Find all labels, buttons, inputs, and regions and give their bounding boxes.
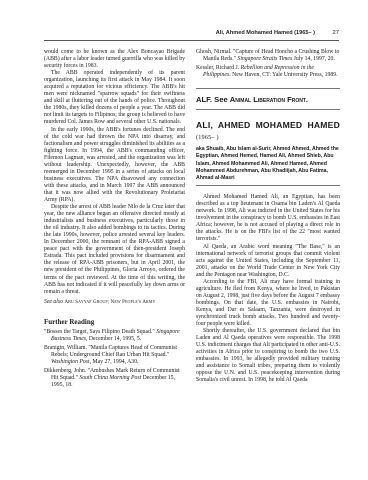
paragraph: In the early 1990s, the ABB's fortunes d… xyxy=(44,127,185,205)
reference-item: Kessler, Richard J. Rebellion and Repres… xyxy=(196,65,340,79)
see-also-label: See also xyxy=(44,299,63,305)
ref-text: . New Haven, CT: Yale University Press, … xyxy=(229,72,337,78)
page-number: 27 xyxy=(333,30,339,36)
reference-item: Dikkenberg, John. "Ambushes Mark Return … xyxy=(44,368,185,389)
cross-reference-entry: ALF. See Animal Liberation Front. xyxy=(196,89,340,109)
see-also: See also Abu Sayyaf Group; New People's … xyxy=(44,299,185,306)
paragraph: would come to be known as the Alex Bonca… xyxy=(44,49,185,70)
ref-text: July 14, 1997, 20. xyxy=(292,56,335,62)
running-head: Ali, Ahmed Mohamed Hamed (1965– ) 27 xyxy=(44,28,339,41)
divider xyxy=(196,109,340,110)
paragraph: Shortly thereafter, the U.S. government … xyxy=(196,328,340,384)
ref-text: Kessler, Richard J. xyxy=(196,65,241,71)
paragraph: Ahmed Mohamed Hamed Ali, an Egyptian, ha… xyxy=(196,194,340,243)
left-column: would come to be known as the Alex Bonca… xyxy=(44,49,185,389)
see-also-link-abu-sayyaf[interactable]: Abu Sayyaf Group xyxy=(64,300,107,305)
ref-source: South China Morning Post xyxy=(79,375,141,381)
ref-source: Singapore Straits Times xyxy=(237,56,292,62)
ref-text: Branigin, William. "Manila Captures Head… xyxy=(44,345,177,358)
paragraph: According to the FBI, Ali may have forma… xyxy=(196,279,340,328)
see-label: See xyxy=(214,95,228,104)
entry-title: ALI, AHMED MOHAMED HAMED (1965– ) xyxy=(196,120,340,143)
entry-dates: (1965– ) xyxy=(196,134,219,141)
ref-source: Washington Post xyxy=(51,359,90,365)
reference-item: Ghosh, Nirmal. "Capture of Head Honcho a… xyxy=(196,49,340,63)
ref-text: , December 14, 1995, 5. xyxy=(86,336,141,342)
entry-name: ALI, AHMED MOHAMED HAMED xyxy=(196,120,340,130)
cross-reference-link[interactable]: Animal Liberation Front. xyxy=(230,95,308,104)
reference-item: "Bosses the Target, Says Filipino Death … xyxy=(44,329,185,343)
further-reading-heading: Further Reading xyxy=(44,318,185,327)
entry-term: ALF. xyxy=(196,95,212,104)
see-also-link-npa[interactable]: New People's Army xyxy=(111,300,156,305)
running-head-title: Ali, Ahmed Mohamed Hamed (1965– ) xyxy=(216,30,315,36)
paragraph: The ABB operated independently of its pa… xyxy=(44,70,185,126)
paragraph: Despite the arrest of ABB leader Nilo de… xyxy=(44,204,185,296)
ref-text: , May 27, 1994, A30. xyxy=(90,359,139,365)
aliases: aka Shuaib, Abu Islam al-Surir, Ahmed Ah… xyxy=(196,146,340,186)
reference-item: Branigin, William. "Manila Captures Head… xyxy=(44,345,185,366)
ref-text: "Bosses the Target, Says Filipino Death … xyxy=(44,329,156,335)
paragraph: Al Qaeda, an Arabic word meaning "The Ba… xyxy=(196,244,340,279)
right-column: Ghosh, Nirmal. "Capture of Head Honcho a… xyxy=(196,49,340,384)
